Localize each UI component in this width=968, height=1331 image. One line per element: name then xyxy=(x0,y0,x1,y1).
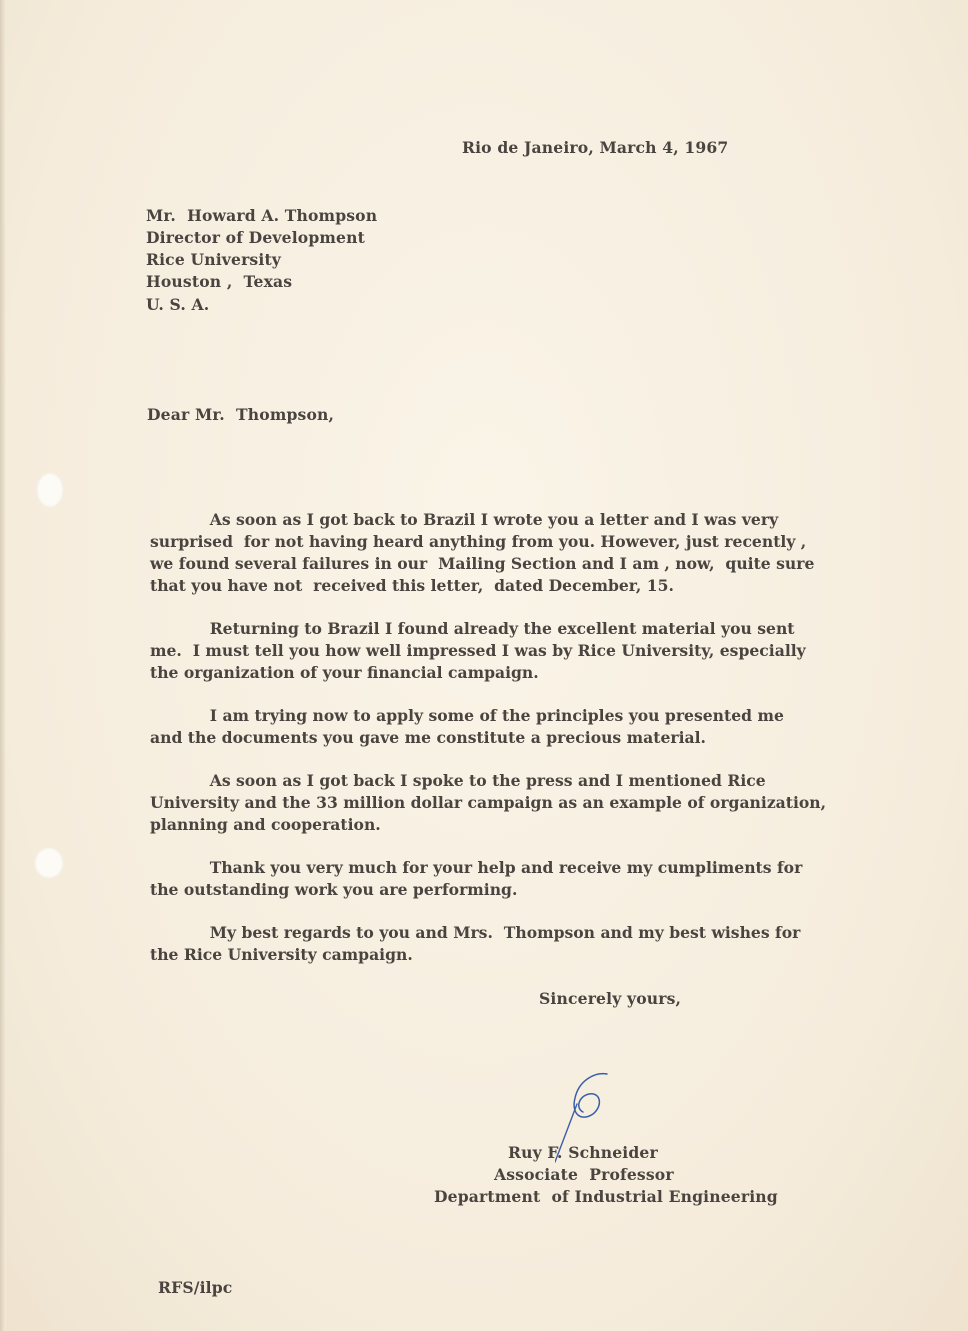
paragraph: Returning to Brazil I found already the … xyxy=(150,618,890,684)
recipient-line: Director of Development xyxy=(146,228,365,247)
paragraph-line: surprised for not having heard anything … xyxy=(150,531,890,553)
closing: Sincerely yours, xyxy=(539,989,681,1008)
place-date: Rio de Janeiro, March 4, 1967 xyxy=(462,138,728,157)
recipient-line: Houston , Texas xyxy=(146,272,292,291)
paragraph: I am trying now to apply some of the pri… xyxy=(150,705,890,749)
paragraph-line: that you have not received this letter, … xyxy=(150,575,890,597)
paragraph-line: As soon as I got back I spoke to the pre… xyxy=(150,770,890,792)
signer-title: Associate Professor xyxy=(494,1165,674,1184)
signer-department: Department of Industrial Engineering xyxy=(434,1187,778,1206)
paragraph-line: University and the 33 million dollar cam… xyxy=(150,792,890,814)
paragraph: Thank you very much for your help and re… xyxy=(150,857,890,901)
recipient-line: Mr. Howard A. Thompson xyxy=(146,206,377,225)
reference-initials: RFS/ilpc xyxy=(158,1278,232,1297)
paragraph-line: the outstanding work you are performing. xyxy=(150,879,890,901)
punch-hole-bottom xyxy=(34,847,64,879)
paragraph: As soon as I got back I spoke to the pre… xyxy=(150,770,890,836)
paragraph-line: I am trying now to apply some of the pri… xyxy=(150,705,890,727)
paragraph-line: the organization of your financial campa… xyxy=(150,662,890,684)
paragraph-line: we found several failures in our Mailing… xyxy=(150,553,890,575)
page-edge xyxy=(0,0,6,1331)
paragraph: As soon as I got back to Brazil I wrote … xyxy=(150,509,890,597)
paragraph-line: the Rice University campaign. xyxy=(150,944,890,966)
paragraph-line: and the documents you gave me constitute… xyxy=(150,727,890,749)
paragraph: My best regards to you and Mrs. Thompson… xyxy=(150,922,890,966)
paragraph-line: Returning to Brazil I found already the … xyxy=(150,618,890,640)
paragraph-line: My best regards to you and Mrs. Thompson… xyxy=(150,922,890,944)
paragraph-line: Thank you very much for your help and re… xyxy=(150,857,890,879)
salutation: Dear Mr. Thompson, xyxy=(147,405,334,424)
paragraph-line: me. I must tell you how well impressed I… xyxy=(150,640,890,662)
recipient-line: U. S. A. xyxy=(146,295,209,314)
recipient-line: Rice University xyxy=(146,250,281,269)
signer-name: Ruy F. Schneider xyxy=(508,1143,658,1162)
paragraph-line: planning and cooperation. xyxy=(150,814,890,836)
paragraph-line: As soon as I got back to Brazil I wrote … xyxy=(150,509,890,531)
letter-page: Rio de Janeiro, March 4, 1967 Mr. Howard… xyxy=(0,0,968,1331)
punch-hole-top xyxy=(36,472,64,508)
